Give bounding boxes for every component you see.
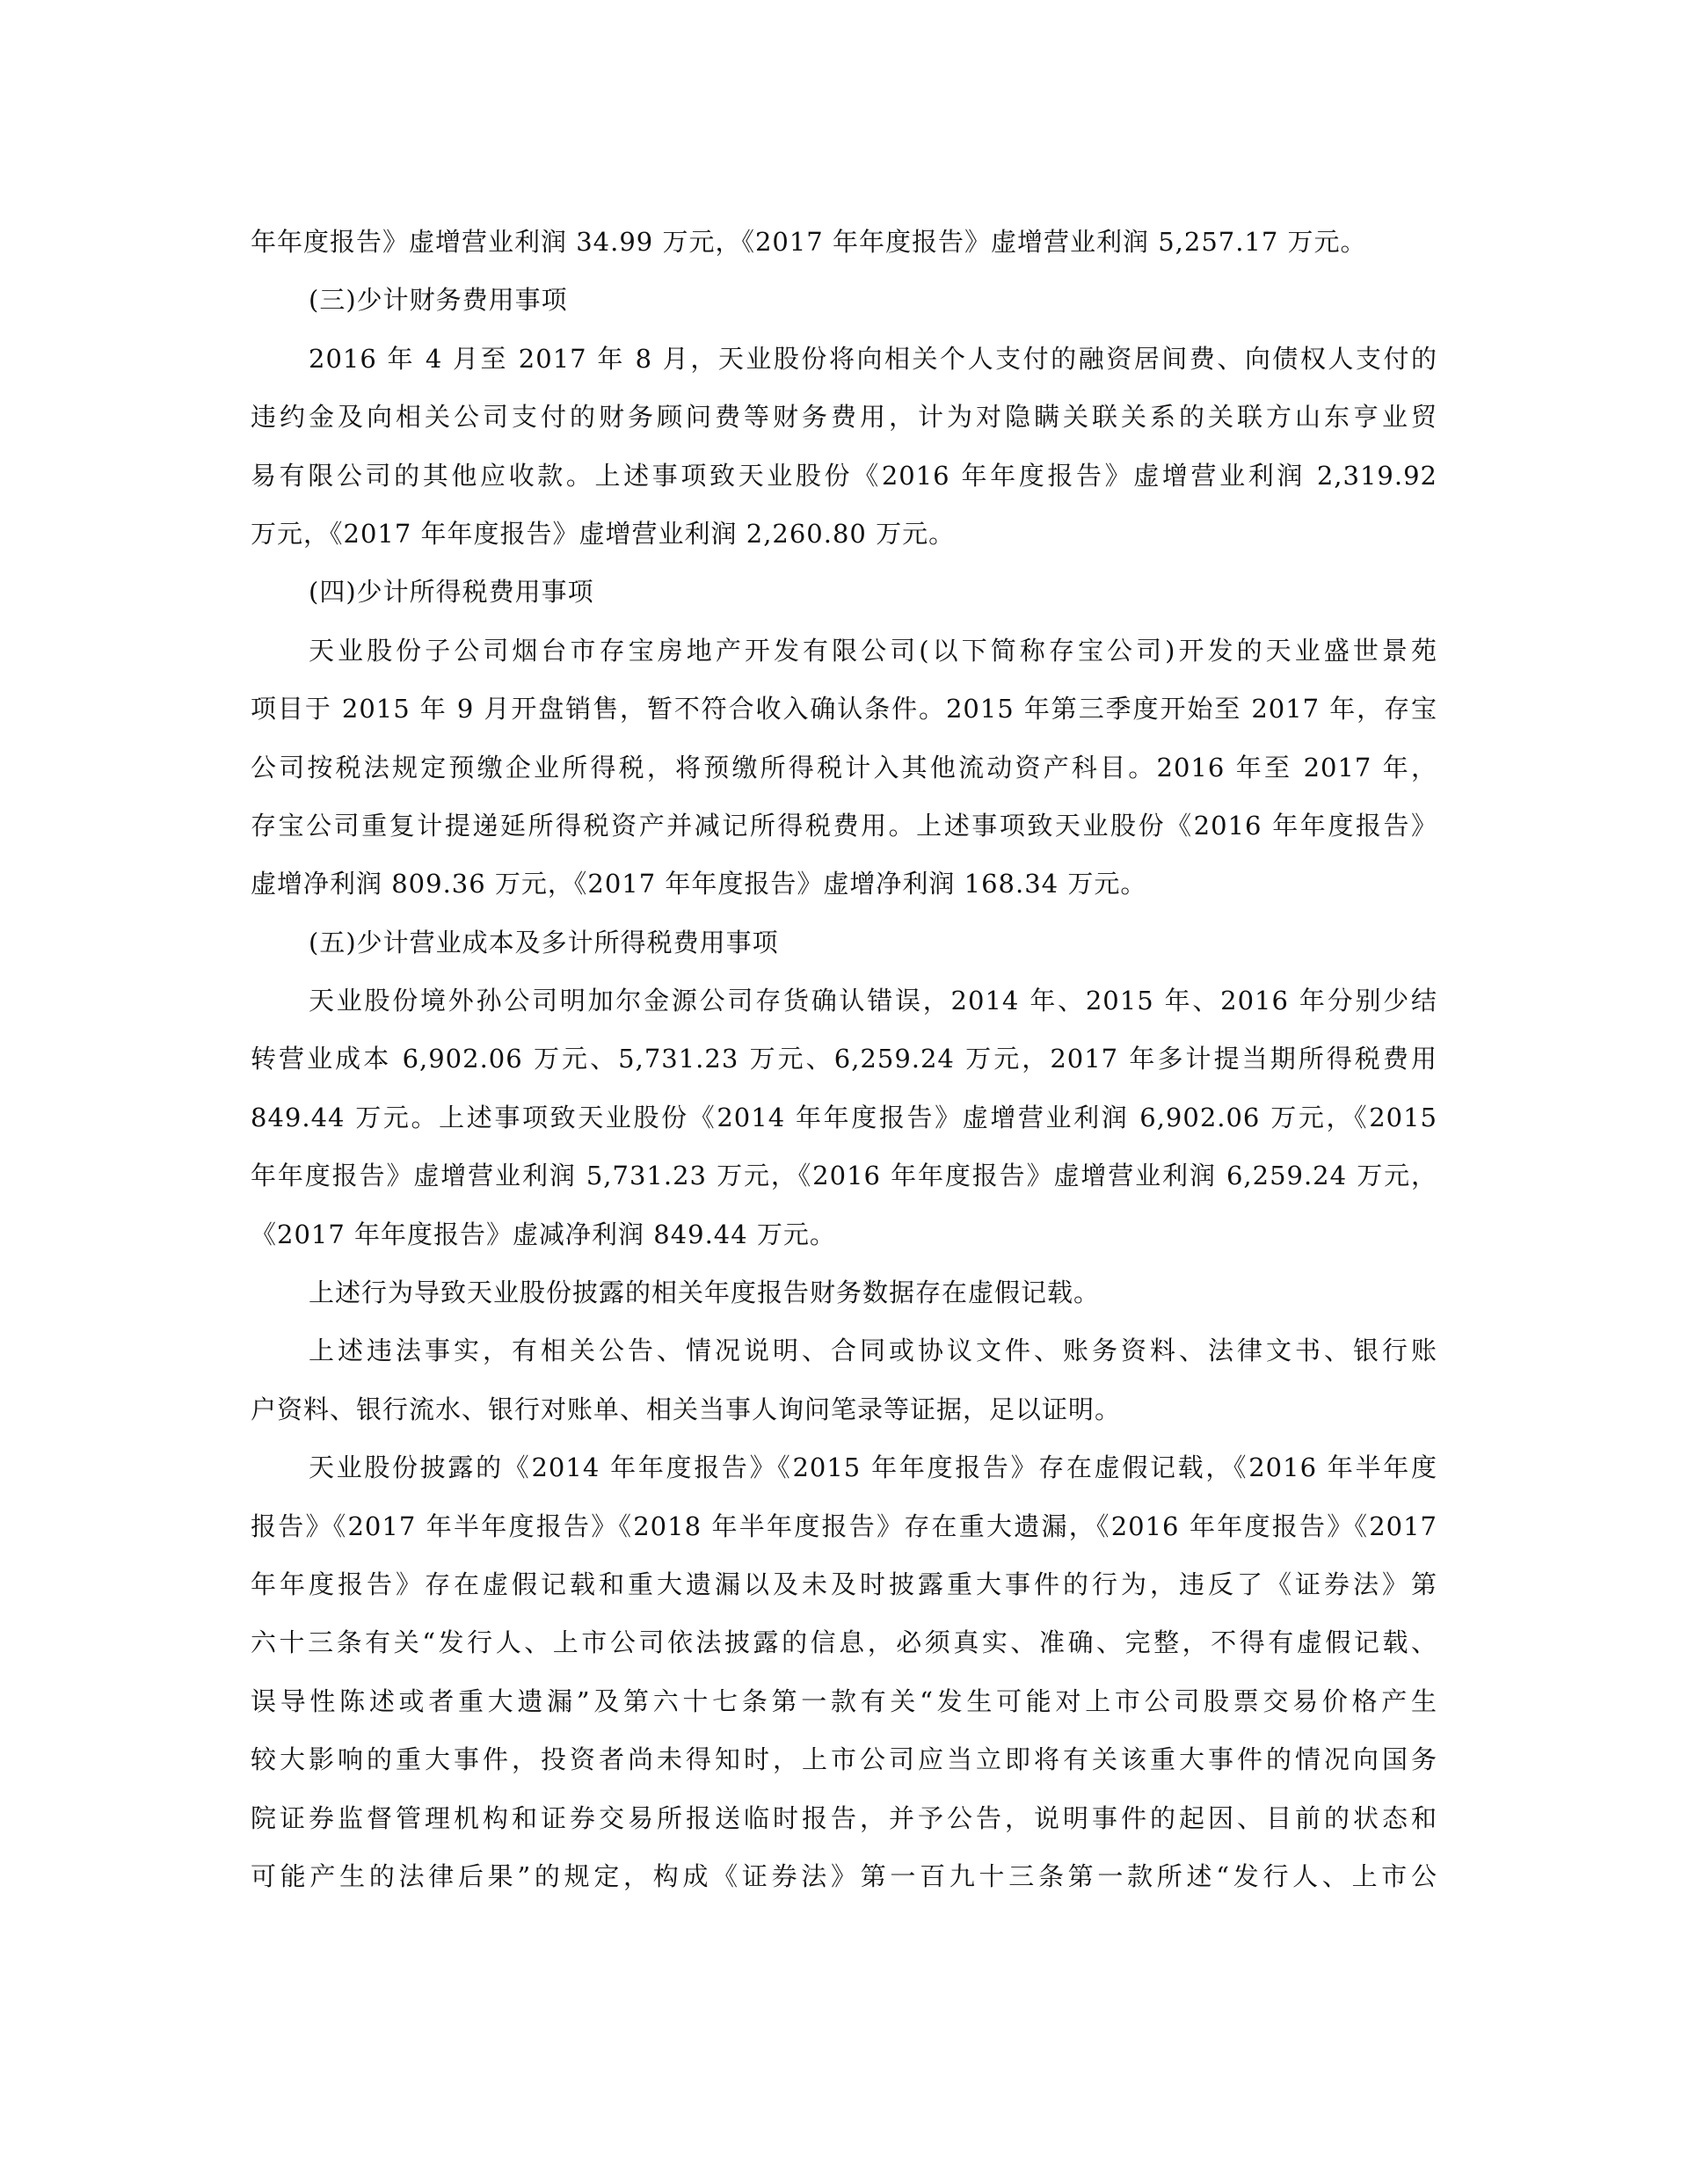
text-line: 上述行为导致天业股份披露的相关年度报告财务数据存在虚假记载。: [251, 1272, 1437, 1330]
text-line: 转营业成本 6,902.06 万元、5,731.23 万元、6,259.24 万…: [251, 1038, 1437, 1096]
text-line: 户资料、银行流水、银行对账单、相关当事人询问笔录等证据，足以证明。: [251, 1389, 1437, 1447]
text-line: 年年度报告》虚增营业利润 34.99 万元，《2017 年年度报告》虚增营业利润…: [251, 222, 1437, 280]
paragraph-operating-cost: 天业股份境外孙公司明加尔金源公司存货确认错误，2014 年、2015 年、201…: [251, 980, 1437, 1272]
text-line: 万元，《2017 年年度报告》虚增营业利润 2,260.80 万元。: [251, 513, 1437, 571]
text-line: 《2017 年年度报告》虚减净利润 849.44 万元。: [251, 1214, 1437, 1272]
text-line: 可能产生的法律后果”的规定，构成《证券法》第一百九十三条第一款所述“发行人、上市…: [251, 1856, 1437, 1914]
text-line: 年年度报告》虚增营业利润 5,731.23 万元，《2016 年年度报告》虚增营…: [251, 1155, 1437, 1213]
text-line: 年年度报告》存在虚假记载和重大遗漏以及未及时披露重大事件的行为，违反了《证券法》…: [251, 1564, 1437, 1622]
heading-text: (四)少计所得税费用事项: [251, 571, 1437, 630]
text-line: 公司按税法规定预缴企业所得税，将预缴所得税计入其他流动资产科目。2016 年至 …: [251, 747, 1437, 805]
paragraph-income-tax: 天业股份子公司烟台市存宝房地产开发有限公司(以下简称存宝公司)开发的天业盛世景苑…: [251, 630, 1437, 922]
text-line: 报告》《2017 年半年度报告》《2018 年半年度报告》存在重大遗漏，《201…: [251, 1506, 1437, 1564]
heading-text: (五)少计营业成本及多计所得税费用事项: [251, 922, 1437, 980]
paragraph-continuation: 年年度报告》虚增营业利润 34.99 万元，《2017 年年度报告》虚增营业利润…: [251, 222, 1437, 280]
heading-text: (三)少计财务费用事项: [251, 280, 1437, 338]
section-heading-4: (四)少计所得税费用事项: [251, 571, 1437, 630]
text-line: 上述违法事实，有相关公告、情况说明、合同或协议文件、账务资料、法律文书、银行账: [251, 1330, 1437, 1388]
text-line: 2016 年 4 月至 2017 年 8 月，天业股份将向相关个人支付的融资居间…: [251, 339, 1437, 397]
text-line: 虚增净利润 809.36 万元，《2017 年年度报告》虚增净利润 168.34…: [251, 863, 1437, 921]
text-line: 误导性陈述或者重大遗漏”及第六十七条第一款有关“发生可能对上市公司股票交易价格产…: [251, 1681, 1437, 1739]
paragraph-summary: 上述行为导致天业股份披露的相关年度报告财务数据存在虚假记载。: [251, 1272, 1437, 1330]
text-line: 存宝公司重复计提递延所得税资产并减记所得税费用。上述事项致天业股份《2016 年…: [251, 805, 1437, 863]
text-line: 项目于 2015 年 9 月开盘销售，暂不符合收入确认条件。2015 年第三季度…: [251, 688, 1437, 746]
text-line: 较大影响的重大事件，投资者尚未得知时，上市公司应当立即将有关该重大事件的情况向国…: [251, 1739, 1437, 1797]
text-line: 违约金及向相关公司支付的财务顾问费等财务费用，计为对隐瞒关联关系的关联方山东亨业…: [251, 397, 1437, 455]
text-line: 天业股份披露的《2014 年年度报告》《2015 年年度报告》存在虚假记载，《2…: [251, 1447, 1437, 1505]
text-line: 易有限公司的其他应收款。上述事项致天业股份《2016 年年度报告》虚增营业利润 …: [251, 455, 1437, 513]
text-line: 849.44 万元。上述事项致天业股份《2014 年年度报告》虚增营业利润 6,…: [251, 1097, 1437, 1155]
section-heading-3: (三)少计财务费用事项: [251, 280, 1437, 338]
paragraph-legal-violation: 天业股份披露的《2014 年年度报告》《2015 年年度报告》存在虚假记载，《2…: [251, 1447, 1437, 1914]
text-line: 天业股份境外孙公司明加尔金源公司存货确认错误，2014 年、2015 年、201…: [251, 980, 1437, 1038]
text-line: 天业股份子公司烟台市存宝房地产开发有限公司(以下简称存宝公司)开发的天业盛世景苑: [251, 630, 1437, 688]
text-line: 六十三条有关“发行人、上市公司依法披露的信息，必须真实、准确、完整，不得有虚假记…: [251, 1622, 1437, 1680]
paragraph-financial-expenses: 2016 年 4 月至 2017 年 8 月，天业股份将向相关个人支付的融资居间…: [251, 339, 1437, 572]
paragraph-evidence: 上述违法事实，有相关公告、情况说明、合同或协议文件、账务资料、法律文书、银行账 …: [251, 1330, 1437, 1447]
text-line: 院证券监督管理机构和证券交易所报送临时报告，并予公告，说明事件的起因、目前的状态…: [251, 1798, 1437, 1856]
section-heading-5: (五)少计营业成本及多计所得税费用事项: [251, 922, 1437, 980]
document-page: 年年度报告》虚增营业利润 34.99 万元，《2017 年年度报告》虚增营业利润…: [251, 222, 1437, 1914]
